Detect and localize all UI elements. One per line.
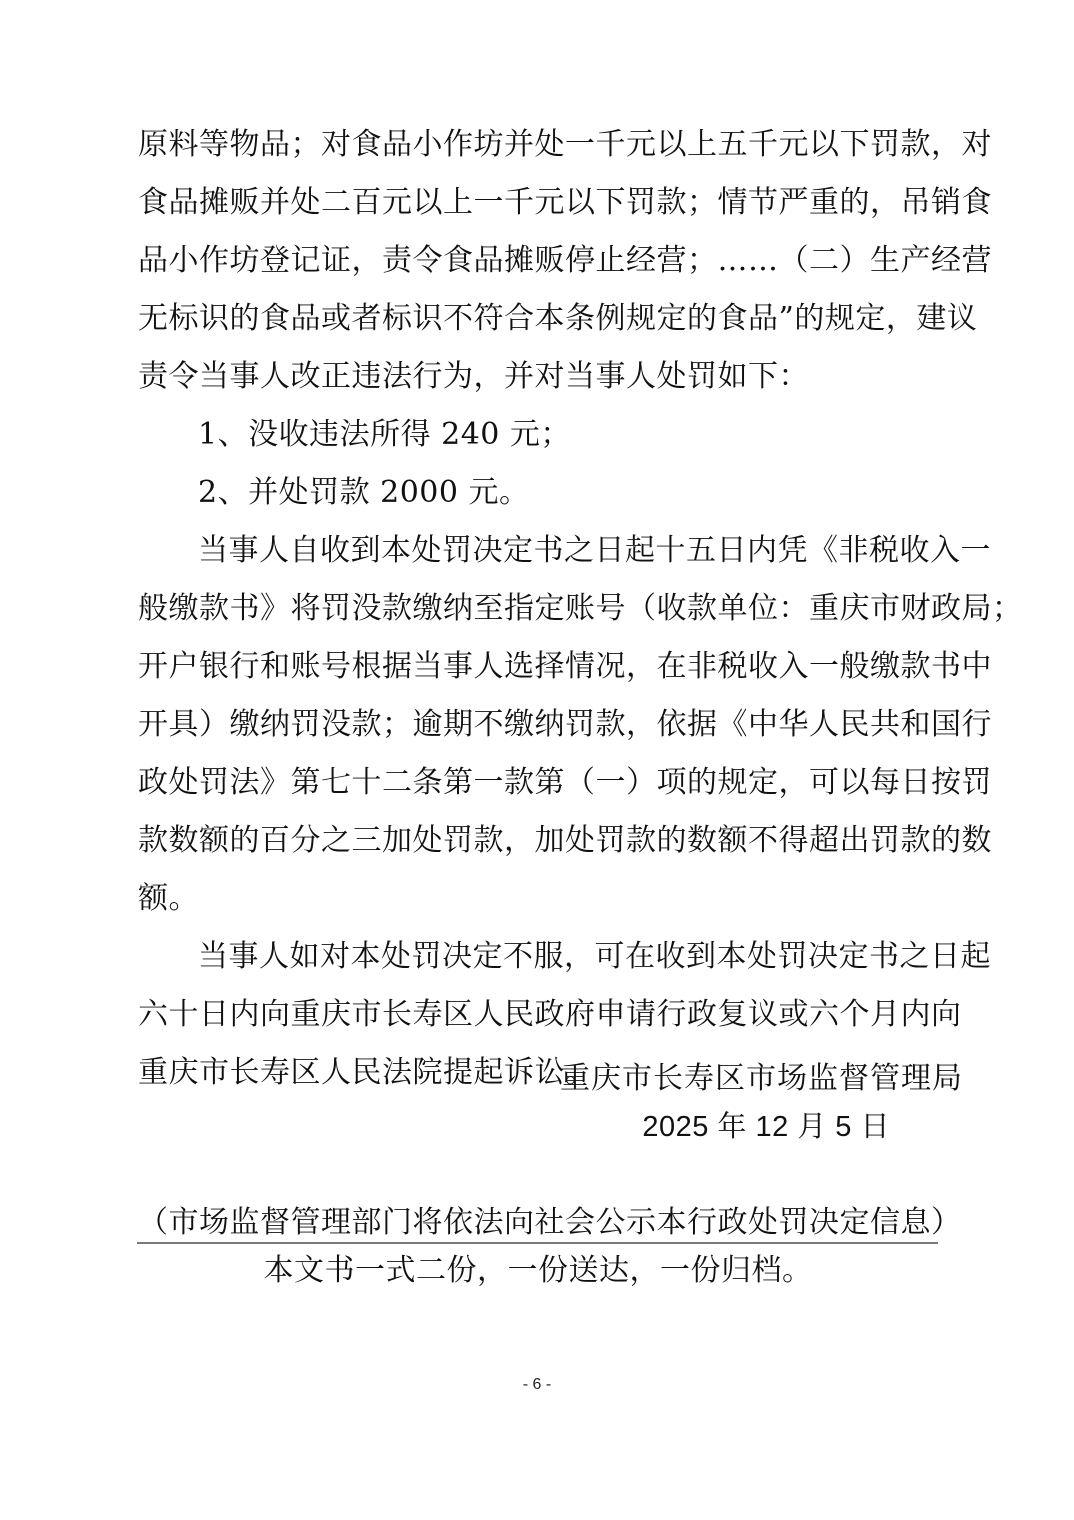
body-line: 无标识的食品或者标识不符合本条例规定的食品”的规定，建议 — [138, 299, 938, 339]
payment-line: 额。 — [138, 879, 938, 919]
body-line: 原料等物品；对食品小作坊并处一千元以上五千元以下罚款，对 — [138, 125, 938, 165]
payment-line: 政处罚法》第七十二条第一款第（一）项的规定，可以每日按罚 — [138, 763, 938, 803]
issuing-organization: 重庆市长寿区市场监督管理局 — [560, 1059, 938, 1099]
payment-line: 开具）缴纳罚没款；逾期不缴纳罚款，依据《中华人民共和国行 — [138, 705, 938, 745]
appeal-line: 六十日内向重庆市长寿区人民政府申请行政复议或六个月内向 — [138, 995, 938, 1035]
page-number: - 6 - — [487, 1375, 587, 1395]
appeal-line: 当事人如对本处罚决定不服，可在收到本处罚决定书之日起 — [198, 937, 938, 977]
penalty-item-fine: 2、并处罚款 2000 元。 — [198, 473, 938, 513]
penalty-item-confiscation: 1、没收违法所得 240 元； — [198, 415, 938, 455]
payment-line: 当事人自收到本处罚决定书之日起十五日内凭《非税收入一 — [198, 531, 938, 571]
copies-note: 本文书一式二份，一份送达，一份归档。 — [138, 1251, 938, 1291]
issue-date: 2025 年 12 月 5 日 — [640, 1107, 890, 1147]
payment-line: 款数额的百分之三加处罚款，加处罚款的数额不得超出罚款的数 — [138, 821, 938, 861]
body-line: 食品摊贩并处二百元以上一千元以下罚款；情节严重的，吊销食 — [138, 183, 938, 223]
body-line: 品小作坊登记证，责令食品摊贩停止经营；……（二）生产经营 — [138, 241, 938, 281]
payment-line: 开户银行和账号根据当事人选择情况，在非税收入一般缴款书中 — [138, 647, 938, 687]
public-notice: （市场监督管理部门将依法向社会公示本行政处罚决定信息） — [138, 1203, 938, 1243]
body-line: 责令当事人改正违法行为，并对当事人处罚如下： — [138, 357, 938, 397]
divider-line — [137, 1242, 938, 1244]
document-page: 原料等物品；对食品小作坊并处一千元以上五千元以下罚款，对 食品摊贩并处二百元以上… — [0, 0, 1074, 1520]
payment-line: 般缴款书》将罚没款缴纳至指定账号（收款单位：重庆市财政局； — [138, 589, 938, 629]
